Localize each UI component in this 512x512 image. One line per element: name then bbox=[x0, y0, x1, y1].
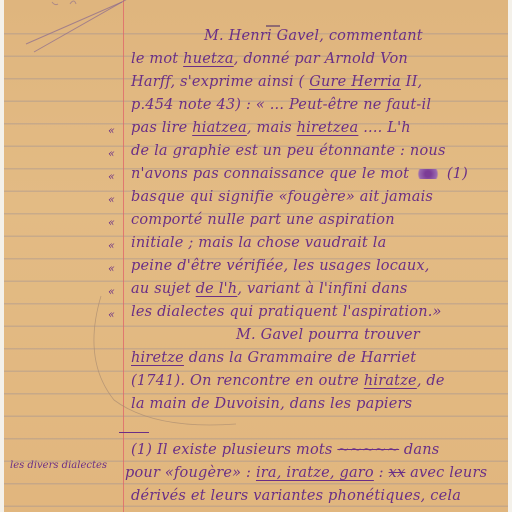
quote-mark: « bbox=[108, 262, 115, 275]
text-line-13: les dialectes qui pratiquent l'aspiratio… bbox=[131, 304, 442, 320]
text-line-17: la main de Duvoisin, dans les papiers bbox=[131, 396, 412, 412]
quote-mark: « bbox=[108, 239, 115, 252]
text-line-6: de la graphie est un peu étonnante : nou… bbox=[131, 143, 446, 159]
quote-mark: « bbox=[108, 285, 115, 298]
text-line-9: comporté nulle part une aspiration bbox=[131, 212, 395, 228]
footnote-separator bbox=[119, 432, 149, 433]
quote-mark: « bbox=[108, 170, 115, 183]
manuscript-page: M. Henri Gavel, commentant le mot huetza… bbox=[4, 0, 508, 512]
footnote-line-3: dérivés et leurs variantes phonétiques, … bbox=[131, 488, 461, 504]
quote-mark: « bbox=[108, 147, 115, 160]
text-line-12: au sujet de l'h, variant à l'infini dans bbox=[131, 281, 408, 297]
footnote-marker: (1) bbox=[447, 166, 468, 182]
text-line-14: M. Gavel pourra trouver bbox=[236, 327, 420, 343]
quote-mark: « bbox=[108, 216, 115, 229]
quote-mark: « bbox=[108, 193, 115, 206]
text-line-15: hiretze dans la Grammaire de Harriet bbox=[131, 350, 416, 366]
text-line-11: peine d'être vérifiée, les usages locaux… bbox=[131, 258, 430, 274]
ink-blot bbox=[414, 169, 442, 179]
text-line-3: Harff, s'exprime ainsi ( Gure Herria II, bbox=[131, 74, 422, 90]
text-line-1: M. Henri Gavel, commentant bbox=[204, 28, 423, 44]
margin-note: les divers dialectes bbox=[10, 460, 107, 471]
text-line-16: (1741). On rencontre en outre hiratze, d… bbox=[131, 373, 445, 389]
text-line-2: le mot huetza, donné par Arnold Von bbox=[131, 51, 408, 67]
footnote-line-2: pour «fougère» : ira, iratze, garo : xx … bbox=[125, 465, 487, 481]
text-line-4: p.454 note 43) : « ... Peut-être ne faut… bbox=[131, 97, 431, 113]
footnote-line-1: (1) Il existe plusieurs mots ~~~~~ dans bbox=[131, 442, 439, 458]
quote-mark: « bbox=[108, 308, 115, 321]
quote-mark: « bbox=[108, 124, 115, 137]
text-line-7: n'avons pas connaissance que le mot (1) bbox=[131, 166, 468, 182]
text-line-10: initiale ; mais la chose vaudrait la bbox=[131, 235, 386, 251]
text-line-5: pas lire hiatzea, mais hiretzea .... L'h bbox=[131, 120, 411, 136]
text-line-8: basque qui signifie «fougère» ait jamais bbox=[131, 189, 433, 205]
